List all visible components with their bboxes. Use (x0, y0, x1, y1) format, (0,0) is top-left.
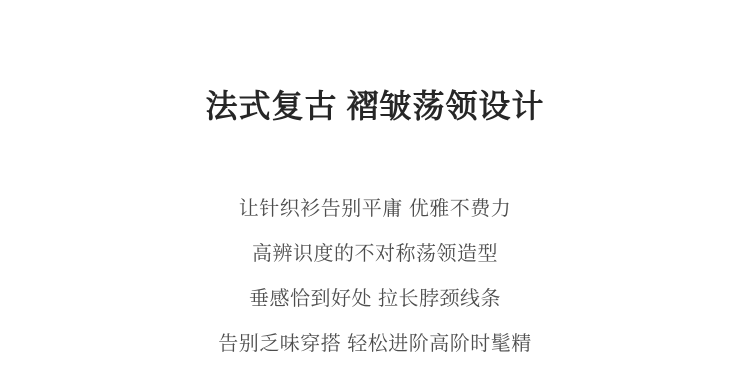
selling-point-line-2: 高辨识度的不对称荡领造型 (218, 232, 532, 277)
selling-point-line-1: 让针织衫告别平庸 优雅不费力 (218, 187, 532, 232)
promo-content: 法式复古 褶皱荡领设计 让针织衫告别平庸 优雅不费力 高辨识度的不对称荡领造型 … (0, 0, 750, 367)
selling-point-line-4: 告别乏味穿搭 轻松进阶高阶时髦精 (218, 322, 532, 367)
page-title: 法式复古 褶皱荡领设计 (205, 88, 544, 124)
selling-point-line-3: 垂感恰到好处 拉长脖颈线条 (218, 277, 532, 322)
selling-points: 让针织衫告别平庸 优雅不费力 高辨识度的不对称荡领造型 垂感恰到好处 拉长脖颈线… (218, 187, 532, 367)
promo-panel: 法式复古 褶皱荡领设计 让针织衫告别平庸 优雅不费力 高辨识度的不对称荡领造型 … (0, 0, 750, 370)
